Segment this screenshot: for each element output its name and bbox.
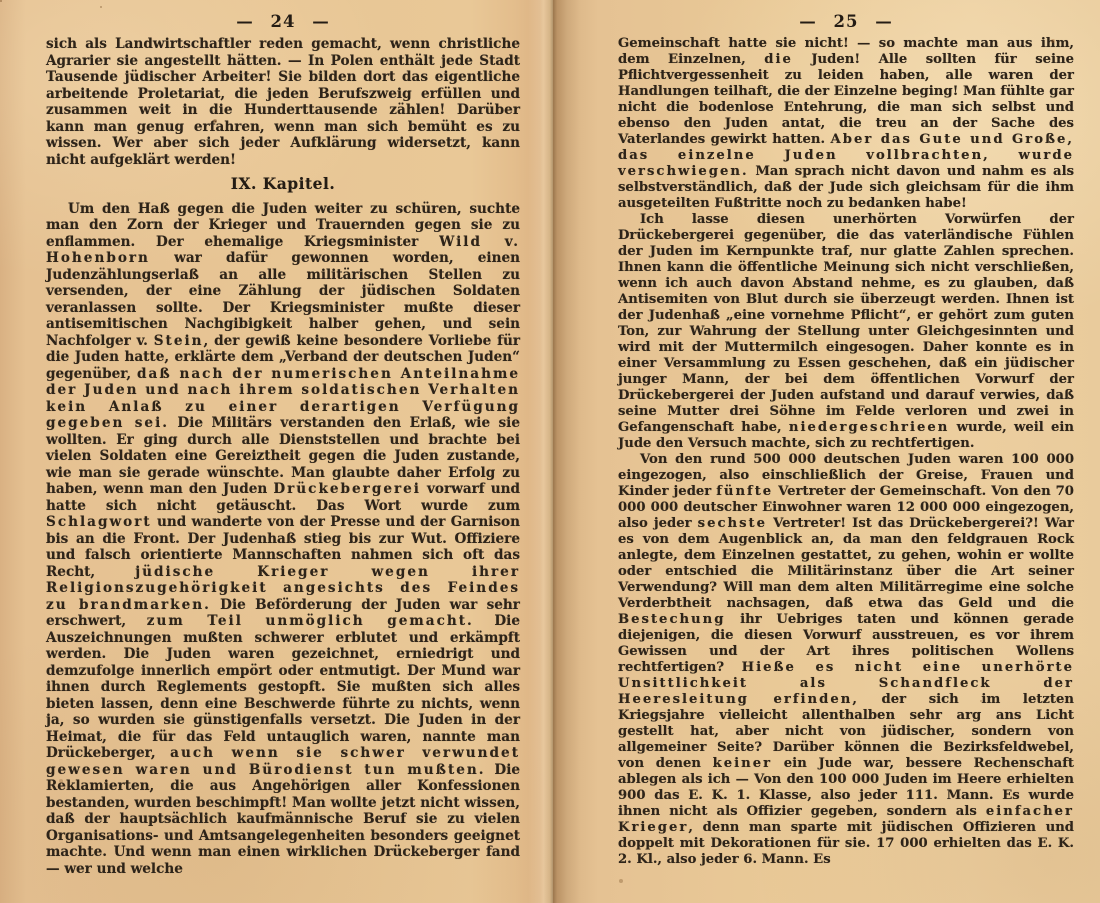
- page-number-24: — 24 —: [46, 12, 520, 31]
- text-run-emphasized: sechste: [698, 516, 767, 531]
- paragraph: Von den rund 500 000 deutschen Juden war…: [618, 452, 1074, 868]
- text-run-emphasized: niedergeschrieen: [789, 420, 950, 435]
- text-run-emphasized: Schlagwort: [46, 514, 152, 530]
- text-run: Die Reklamierten, die aus Angehörigen al…: [46, 762, 520, 877]
- text-run-emphasized: Drückebergerei: [273, 481, 421, 497]
- text-run-emphasized: zum Teil unmöglich gemacht.: [147, 613, 474, 629]
- page-24-text: sich als Landwirtschaftler reden gemacht…: [46, 36, 520, 877]
- text-run-emphasized: die: [764, 52, 793, 67]
- page-number-25: — 25 —: [618, 12, 1074, 31]
- text-run-emphasized: Stein: [154, 333, 204, 349]
- paper-specks: [0, 0, 2, 2]
- text-run-emphasized: fünfte: [716, 484, 773, 499]
- book-spread: — 24 — sich als Landwirtschaftler reden …: [0, 0, 1100, 903]
- text-run-emphasized: Bestechung: [618, 612, 725, 627]
- text-run: Ich lasse diesen unerhörten Vorwürfen de…: [618, 212, 1074, 435]
- paragraph: Gemeinschaft hatte sie nicht! — so macht…: [618, 36, 1074, 212]
- chapter-heading: IX. Kapitel.: [46, 176, 520, 193]
- page-24: — 24 — sich als Landwirtschaftler reden …: [0, 0, 553, 903]
- paragraph: sich als Landwirtschaftler reden gemacht…: [46, 36, 520, 168]
- text-run: Die Auszeichnungen mußten schwerer erblu…: [46, 613, 520, 761]
- page-25: — 25 — Gemeinschaft hatte sie nicht! — s…: [553, 0, 1100, 903]
- text-run: sich als Landwirtschaftler reden gemacht…: [46, 36, 520, 168]
- text-run-emphasized: keiner: [713, 756, 772, 771]
- page-25-text: Gemeinschaft hatte sie nicht! — so macht…: [618, 36, 1074, 868]
- paragraph: Um den Haß gegen die Juden weiter zu sch…: [46, 201, 520, 878]
- paragraph: Ich lasse diesen unerhörten Vorwürfen de…: [618, 212, 1074, 452]
